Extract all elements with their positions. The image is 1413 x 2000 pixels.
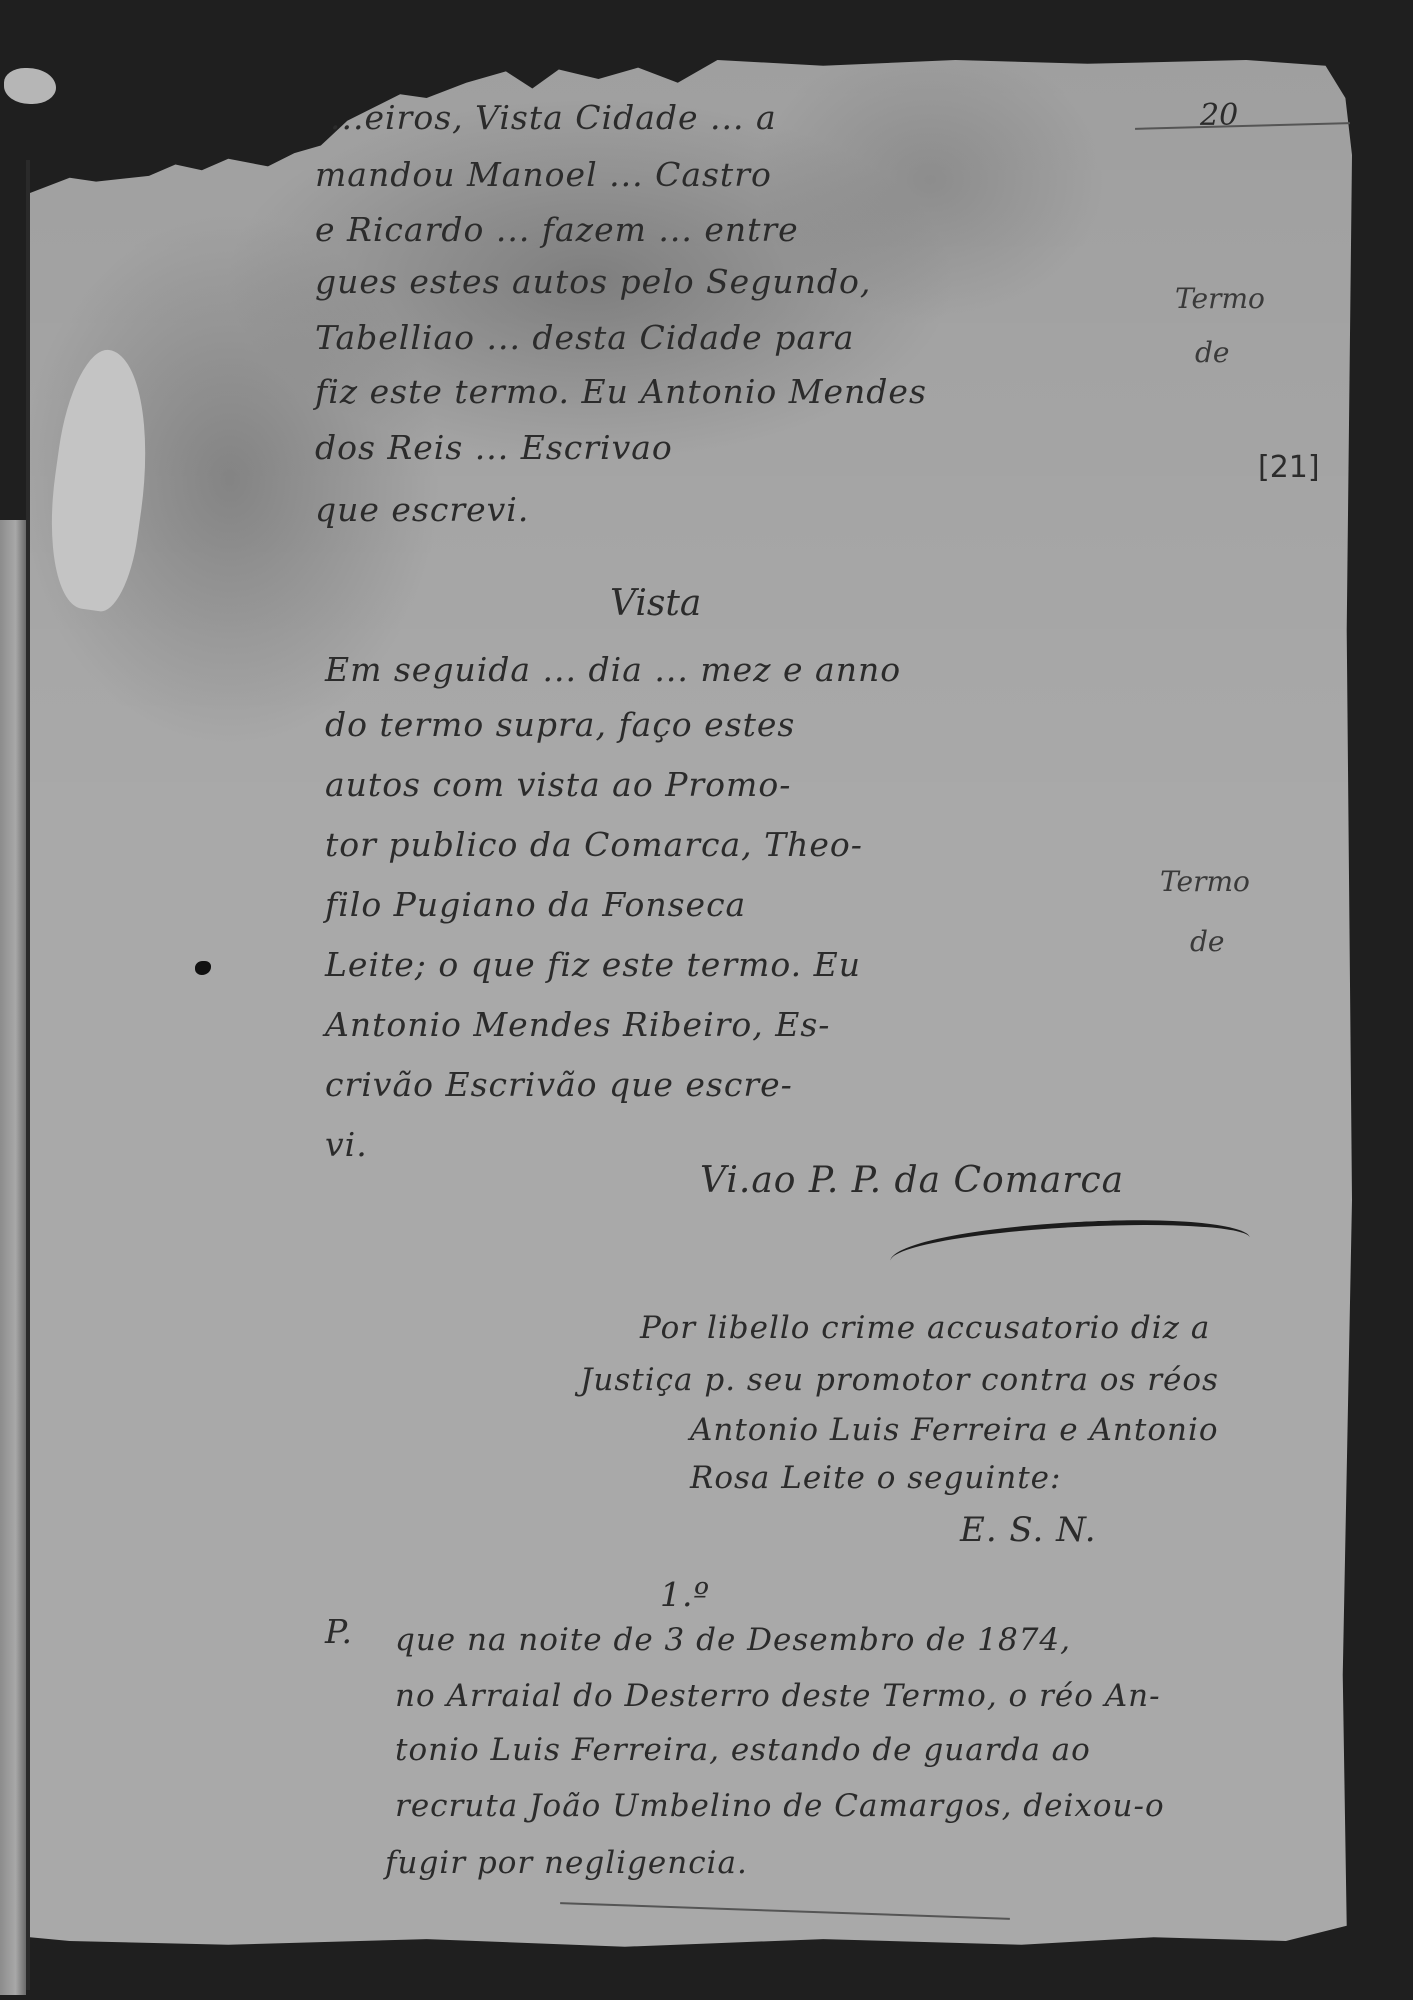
text-line: Tabelliao ... desta Cidade para [315, 318, 854, 357]
text-line: Rosa Leite o seguinte: [690, 1460, 1061, 1496]
margin-note: Termo [1175, 282, 1265, 315]
signature: Vi.ao P. P. da Comarca [700, 1160, 1124, 1201]
text-line: mandou Manoel ... Castro [315, 155, 772, 194]
text-line: crivão Escrivão que escre- [325, 1065, 793, 1104]
margin-note: de [1190, 925, 1225, 958]
margin-note: Termo [1160, 865, 1250, 898]
text-line: Antonio Luis Ferreira e Antonio [690, 1412, 1219, 1448]
text-line: Por libello crime accusatorio diz a [640, 1310, 1210, 1346]
paper-fragment [4, 68, 56, 104]
text-line: vi. [325, 1125, 368, 1164]
text-line: tonio Luis Ferreira, estando de guarda a… [395, 1732, 1091, 1768]
text-line: recruta João Umbelino de Camargos, deixo… [395, 1788, 1165, 1824]
text-line: ...eiros, Vista Cidade ... a [330, 98, 777, 137]
text-line: autos com vista ao Promo- [325, 765, 791, 804]
text-line: fugir por negligencia. [385, 1845, 748, 1881]
text-line: que na noite de 3 de Desembro de 1874, [395, 1622, 1071, 1658]
text-line: Em seguida ... dia ... mez e anno [325, 650, 901, 689]
text-line: Justiça p. seu promotor contra os réos [580, 1362, 1219, 1398]
text-line: tor publico da Comarca, Theo- [325, 825, 863, 864]
archive-page-number: [21] [1258, 450, 1320, 485]
adjacent-page-edge [0, 520, 26, 1995]
article-prefix: P. [325, 1612, 353, 1651]
text-line: no Arraial do Desterro deste Termo, o ré… [395, 1678, 1161, 1714]
text-line: gues estes autos pelo Segundo, [315, 262, 871, 301]
margin-note: de [1195, 336, 1230, 369]
text-line: Leite; o que fiz este termo. Eu [325, 945, 861, 984]
text-line: do termo supra, faço estes [325, 705, 795, 744]
text-line: e Ricardo ... fazem ... entre [315, 210, 799, 249]
text-line: fiz este termo. Eu Antonio Mendes [315, 372, 927, 411]
section-heading: Vista [610, 583, 701, 624]
binding-spine [26, 160, 30, 1990]
article-number: 1.º [660, 1575, 710, 1614]
abbreviation: E. S. N. [960, 1510, 1097, 1550]
text-line: filo Pugiano da Fonseca [325, 885, 746, 924]
text-line: Antonio Mendes Ribeiro, Es- [325, 1005, 830, 1044]
text-line: que escrevi. [315, 490, 529, 529]
text-line: dos Reis ... Escrivao [315, 428, 673, 467]
